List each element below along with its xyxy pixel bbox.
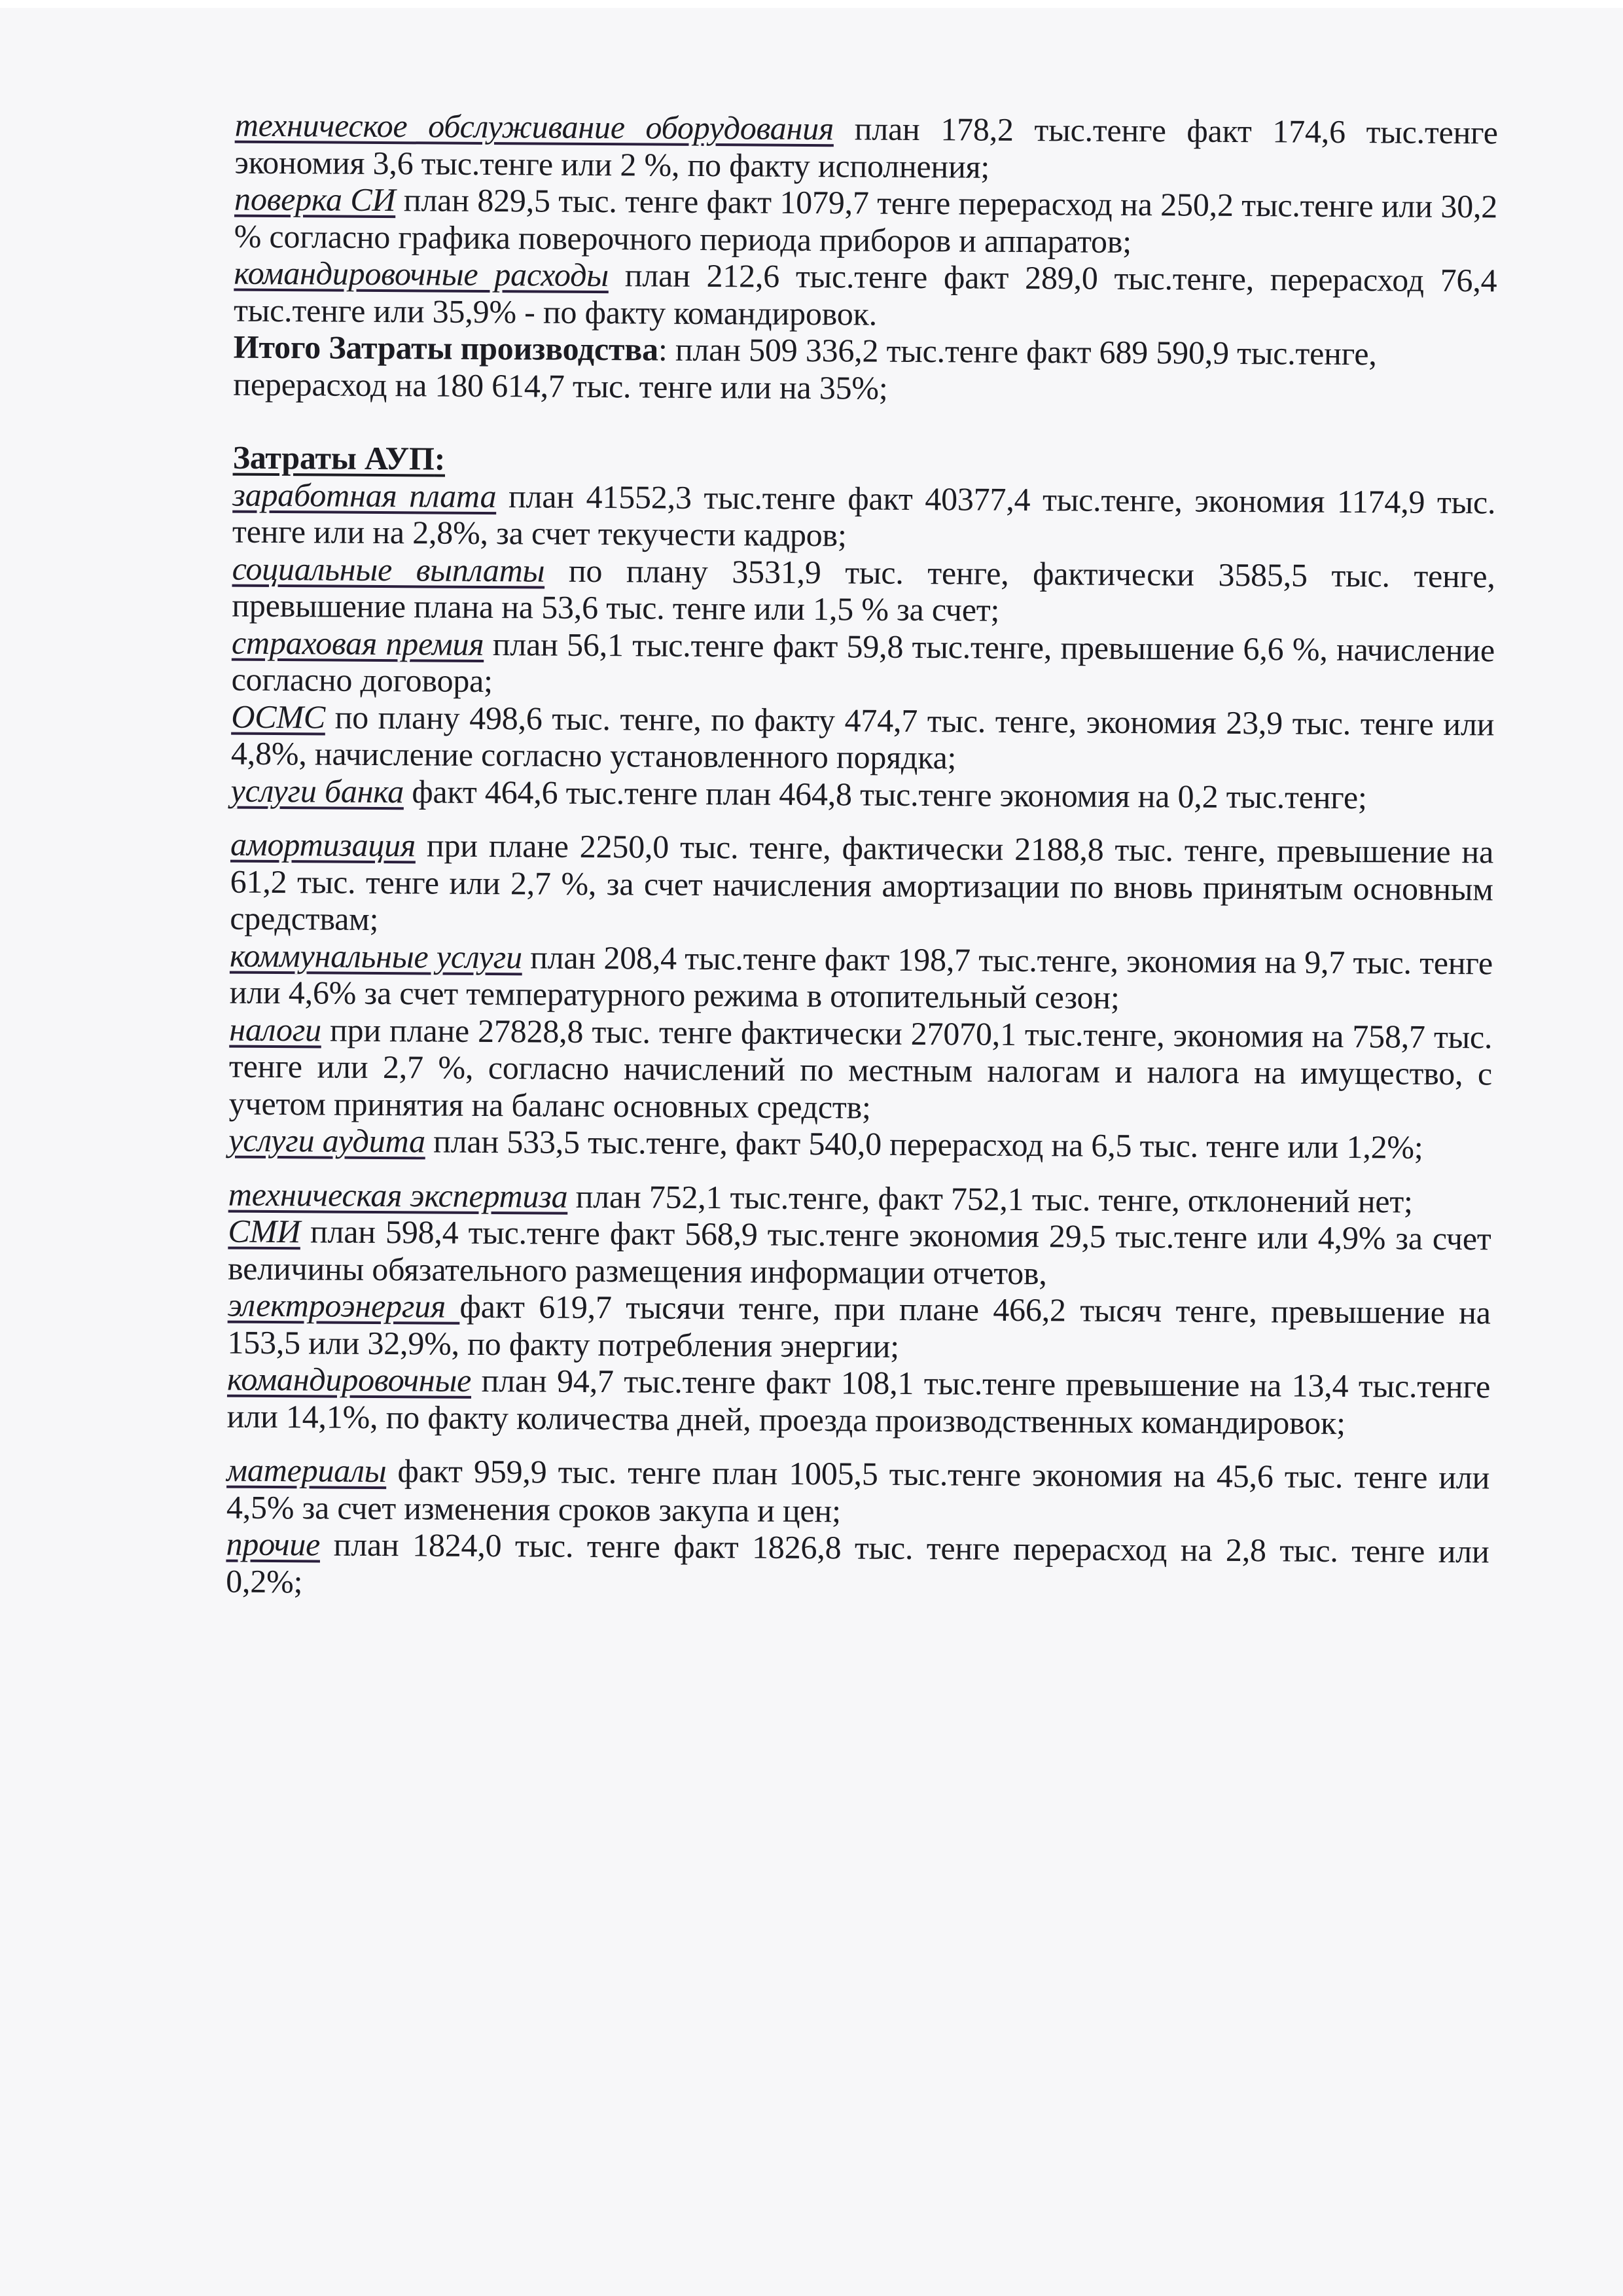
item-term: ОСМС [231, 698, 325, 735]
production-item-verification: поверка СИ план 829,5 тыс. тенге факт 10… [234, 181, 1498, 262]
item-term: услуги аудита [228, 1122, 425, 1160]
aup-item: СМИ план 598,4 тыс.тенге факт 568,9 тыс.… [228, 1213, 1491, 1295]
aup-item: прочие план 1824,0 тыс. тенге факт 1826,… [226, 1526, 1489, 1607]
item-term: заработная плата [232, 476, 496, 514]
aup-item: страховая премия план 56,1 тыс.тенге фак… [231, 624, 1495, 706]
item-text: при плане 2250,0 тыс. тенге, фактически … [230, 827, 1493, 937]
item-term: коммунальные услуги [230, 937, 522, 975]
aup-item: налоги при плане 27828,8 тыс. тенге факт… [229, 1011, 1493, 1129]
aup-heading-text: Затраты АУП [233, 439, 435, 477]
production-item-travel: командировочные расходы план 212,6 тыс.т… [234, 255, 1497, 336]
item-text: факт 464,6 тыс.тенге план 464,8 тыс.тенг… [404, 773, 1367, 816]
item-term: амортизация [230, 826, 416, 864]
production-total: Итого Затраты производства: план 509 336… [233, 329, 1497, 410]
item-text: план 1824,0 тыс. тенге факт 1826,8 тыс. … [226, 1526, 1489, 1599]
item-term: техническая экспертиза [228, 1175, 568, 1214]
item-text: план 598,4 тыс.тенге факт 568,9 тыс.тенг… [228, 1213, 1491, 1291]
item-term: техническое обслуживание оборудования [235, 107, 834, 147]
aup-item: коммунальные услуги план 208,4 тыс.тенге… [230, 937, 1493, 1018]
item-term: СМИ [228, 1213, 300, 1250]
aup-item: услуги банка факт 464,6 тыс.тенге план 4… [230, 772, 1493, 816]
item-term: командировочные [227, 1361, 471, 1399]
item-term: командировочные расходы [234, 255, 609, 293]
aup-item: командировочные план 94,7 тыс.тенге факт… [227, 1361, 1491, 1443]
document-body: техническое обслуживание оборудования пл… [226, 107, 1498, 1607]
item-term: налоги [229, 1011, 321, 1048]
aup-item: заработная плата план 41552,3 тыс.тенге … [232, 476, 1496, 558]
item-term: услуги банка [230, 772, 404, 810]
item-term: прочие [226, 1526, 320, 1563]
item-term: социальные выплаты [232, 550, 545, 588]
aup-item: услуги аудита план 533,5 тыс.тенге, факт… [228, 1122, 1491, 1166]
aup-items: заработная плата план 41552,3 тыс.тенге … [226, 476, 1495, 1607]
total-label: Итого Затраты производства [234, 329, 659, 368]
item-term: электроэнергия [228, 1287, 460, 1325]
item-term: материалы [226, 1452, 386, 1489]
item-text: по плану 498,6 тыс. тенге, по факту 474,… [231, 698, 1495, 776]
document-page: техническое обслуживание оборудования пл… [0, 0, 1623, 2296]
item-text: план 533,5 тыс.тенге, факт 540,0 перерас… [425, 1122, 1423, 1165]
item-text: план 752,1 тыс.тенге, факт 752,1 тыс. те… [567, 1177, 1413, 1219]
aup-item: электроэнергия факт 619,7 тысячи тенге, … [227, 1287, 1491, 1369]
item-term: поверка СИ [234, 181, 396, 219]
item-text: факт 959,9 тыс. тенге план 1005,5 тыс.те… [226, 1452, 1490, 1529]
item-term: страховая премия [232, 624, 484, 662]
item-text: план 829,5 тыс. тенге факт 1079,7 тенге … [234, 181, 1498, 259]
aup-heading-suffix: : [435, 440, 446, 476]
aup-item: материалы факт 959,9 тыс. тенге план 100… [226, 1452, 1490, 1534]
production-item-maintenance: техническое обслуживание оборудования пл… [234, 107, 1498, 188]
aup-item: амортизация при плане 2250,0 тыс. тенге,… [230, 826, 1493, 944]
aup-item: социальные выплаты по плану 3531,9 тыс. … [232, 550, 1495, 632]
aup-item: ОСМС по плану 498,6 тыс. тенге, по факту… [231, 698, 1495, 780]
item-text: при плане 27828,8 тыс. тенге фактически … [229, 1011, 1493, 1125]
